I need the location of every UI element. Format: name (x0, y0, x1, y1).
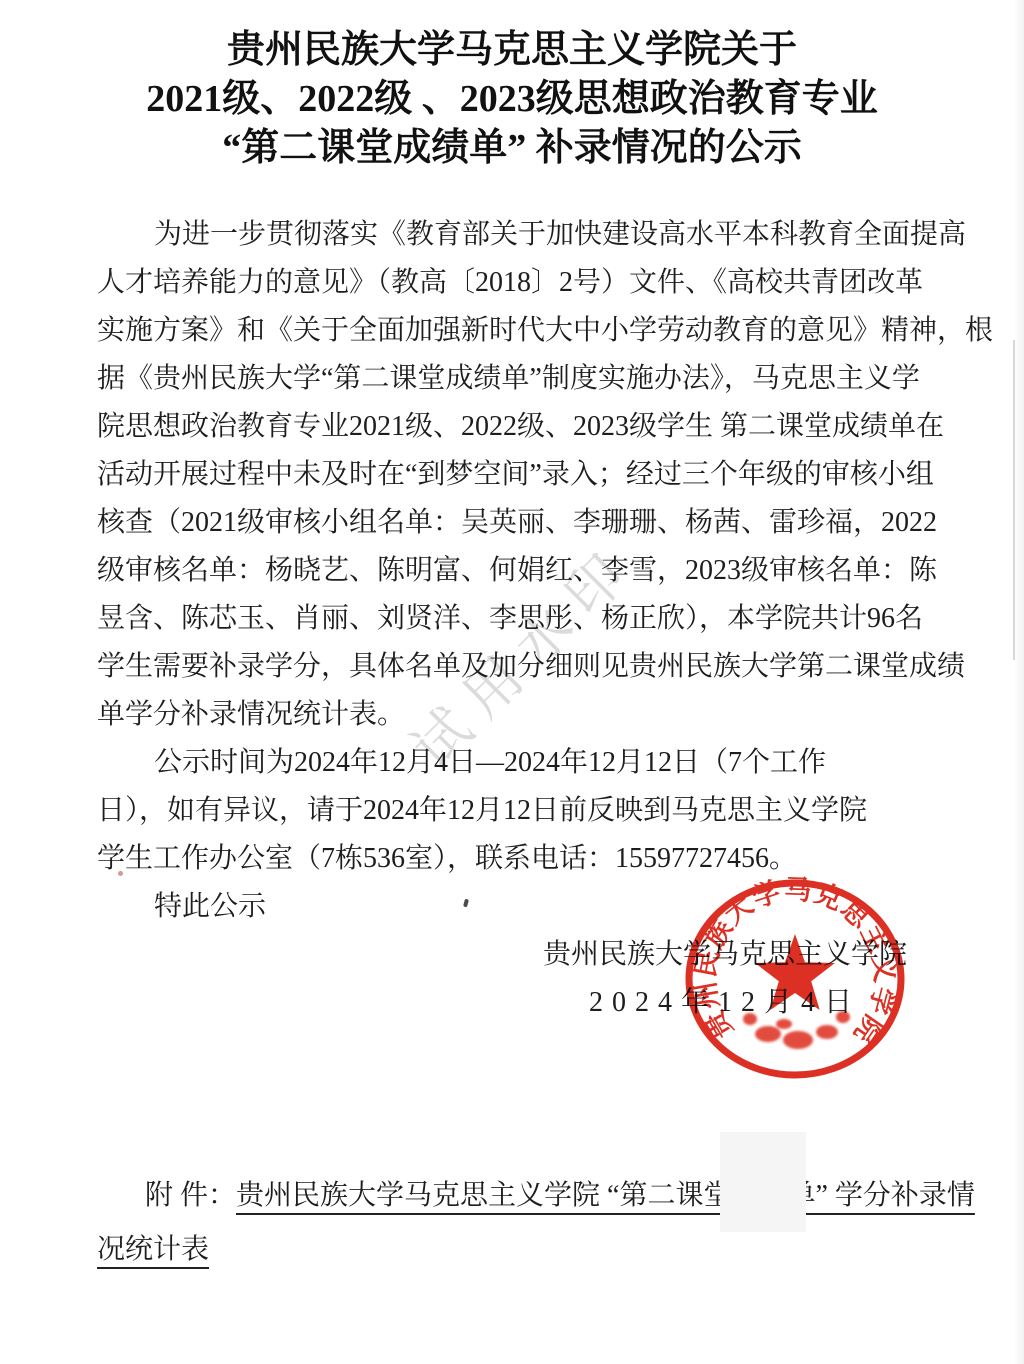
title-line-3: “第二课堂成绩单” 补录情况的公示 (0, 124, 1024, 173)
attachment-line-1: 附 件：贵州民族大学马克思主义学院 “第二课堂成绩单” 学分补录情 (97, 1169, 942, 1223)
title-line-1: 贵州民族大学马克思主义学院关于 (0, 26, 1024, 75)
body-line: 公示时间为2024年12月4日—2024年12月12日（7个工作 (97, 739, 939, 787)
body-line: 学生需要补录学分，具体名单及加分细则见贵州民族大学第二课堂成绩 (97, 643, 939, 691)
attachment-line-2: 况统计表 (97, 1223, 942, 1277)
seal-bottom-marks (743, 1011, 850, 1049)
body-line: 日），如有异议，请于2024年12月12日前反映到马克思主义学院 (97, 787, 939, 835)
attachment-section: 附 件：贵州民族大学马克思主义学院 “第二课堂成绩单” 学分补录情 况统计表 (97, 1169, 942, 1277)
star-icon (755, 934, 835, 1010)
attachment-label: 附 件： (145, 1180, 236, 1211)
body-line: 实施方案》和《关于全面加强新时代大中小学劳动教育的意见》精神，根 (97, 307, 939, 355)
page-edge-shadow (1014, 0, 1024, 1364)
attachment-title: 贵州民族大学马克思主义学院 “第二课堂成绩单” 学分补录情 (236, 1180, 975, 1211)
scan-speck (118, 871, 123, 876)
body-line: 人才培养能力的意见》（教高〔2018〕2号）文件、《高校共青团改革 (97, 259, 939, 307)
document-title: 贵州民族大学马克思主义学院关于 2021级、2022级 、2023级思想政治教育… (0, 26, 1024, 173)
body-line: 核查（2021级审核小组名单：吴英丽、李珊珊、杨茜、雷珍福，2022 (97, 499, 939, 547)
body-line: 活动开展过程中未及时在“到梦空间”录入；经过三个年级的审核小组 (97, 451, 939, 499)
document-page: 试用水印 贵州民族大学马克思主义学院关于 2021级、2022级 、2023级思… (0, 0, 1024, 1364)
body-line: 据《贵州民族大学“第二课堂成绩单”制度实施办法》，马克思主义学 (97, 355, 939, 403)
body-line: 院思想政治教育专业2021级、2022级、2023级学生 第二课堂成绩单在 (97, 403, 939, 451)
title-line-2: 2021级、2022级 、2023级思想政治教育专业 (0, 75, 1024, 124)
official-seal: 贵州民族大学马克思主义学院 (680, 876, 910, 1088)
body-line: 为进一步贯彻落实《教育部关于加快建设高水平本科教育全面提高 (97, 211, 939, 259)
attachment-title-continued: 况统计表 (97, 1234, 209, 1265)
scan-artifact-rectangle (720, 1132, 806, 1232)
body-line: 单学分补录情况统计表。 (97, 691, 939, 739)
body-line: 级审核名单：杨晓艺、陈明富、何娟红、李雪，2023级审核名单：陈 (97, 547, 939, 595)
body-line: 昱含、陈芯玉、肖丽、刘贤洋、李思彤、杨正欣），本学院共计96名 (97, 595, 939, 643)
